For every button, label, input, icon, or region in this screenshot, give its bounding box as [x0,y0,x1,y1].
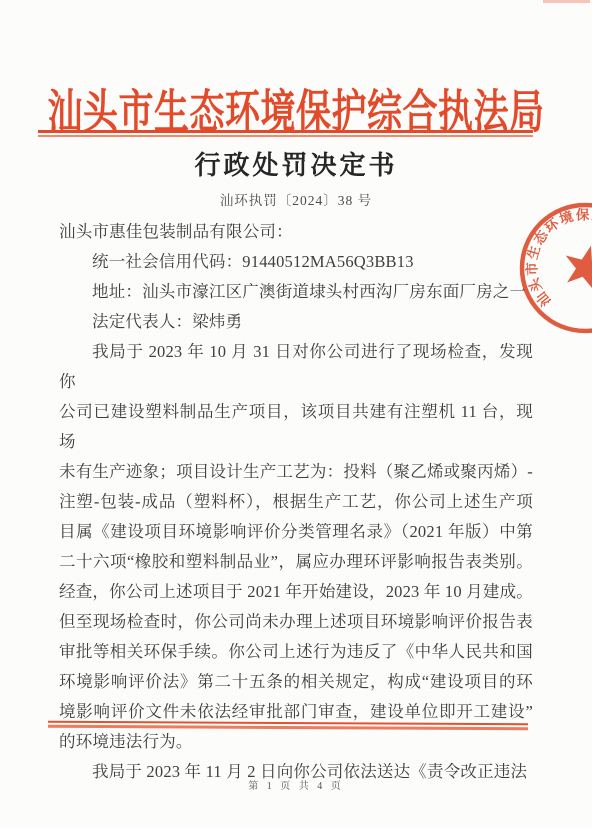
letterhead-agency-title: 汕头市生态环境保护综合执法局 [0,76,592,126]
body-line: 二十六项“橡胶和塑料制品业”，属应办理环评影响报告表类别。 [59,547,533,577]
page-number: 第 1 页 共 4 页 [0,777,592,792]
scan-artifact-mark [543,0,590,3]
seal-text: 汕头市生态环境保护综合执法局 [523,206,592,309]
body-line: 的环境违法行为。 [59,727,533,757]
body-line: 环境影响评价法》第二十五条的相关规定，构成“建设项目的环 [59,667,533,697]
body-text: 汕头市惠佳包装制品有限公司：统一社会信用代码：91440512MA56Q3BB1… [59,217,533,787]
body-line: 统一社会信用代码：91440512MA56Q3BB13 [59,247,533,277]
body-line: 注塑-包装-成品（塑料杯），根据生产工艺，你公司上述生产项 [59,487,533,517]
body-line: 未有生产迹象；项目设计生产工艺为：投料（聚乙烯或聚丙烯）- [59,457,533,487]
official-seal: 汕头市生态环境保护综合执法局 [495,176,592,376]
body-line: 地址：汕头市濠江区广澳街道埭头村西沟厂房东面厂房之一 [59,277,533,307]
body-line: 法定代表人：梁炜勇 [59,307,533,337]
body-line: 公司已建设塑料制品生产项目，该项目共建有注塑机 11 台，现场 [59,397,533,457]
letterhead-divider [38,130,533,137]
seal-star-icon [559,240,592,292]
body-line: 但至现场检查时，你公司尚未办理上述项目环境影响评价报告表 [59,607,533,637]
body-line: 汕头市惠佳包装制品有限公司： [59,217,533,247]
document-page: 汕头市生态环境保护综合执法局 行政处罚决定书 汕环执罚〔2024〕38 号 汕头… [0,0,592,828]
divider-thin-line [38,135,533,137]
body-line: 审批等相关环保手续。你公司上述行为违反了《中华人民共和国 [59,637,533,667]
body-line: 经查，你公司上述项目于 2021 年开始建设，2023 年 10 月建成。 [59,577,533,607]
body-line: 目属《建设项目环境影响评价分类管理名录》（2021 年版）中第 [59,517,533,547]
body-line: 我局于 2023 年 10 月 31 日对你公司进行了现场检查，发现你 [59,337,533,397]
